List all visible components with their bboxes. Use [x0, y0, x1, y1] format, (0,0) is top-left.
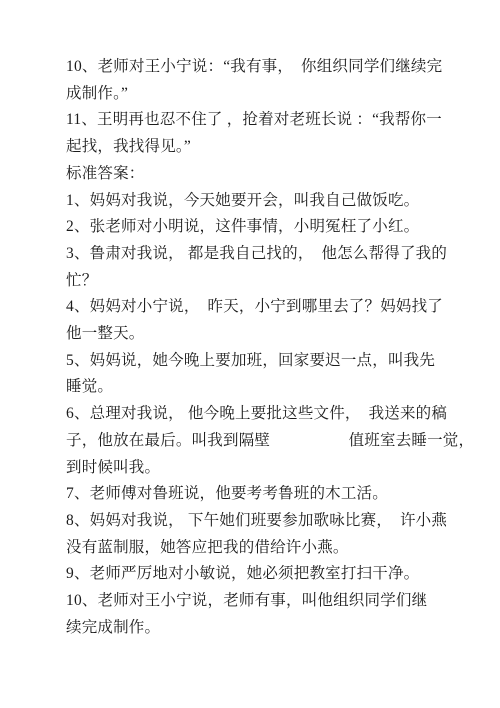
question-10: 10、老师对王小宁说：“我有事， 你组织同学们继续完 成制作。” — [66, 54, 472, 107]
answer-8-line-1: 8、妈妈对我说， 下午她们班要参加歌咏比赛， 许小燕 — [66, 508, 472, 535]
answer-2: 2、张老师对小明说，这件事情，小明冤枉了小红。 — [66, 214, 472, 241]
answer-3-line-1: 3、鲁肃对我说， 都是我自己找的， 他怎么帮得了我的 — [66, 241, 472, 268]
answer-6-line-2: 子，他放在最后。叫我到隔壁 值班室去睡一觉， — [66, 428, 472, 455]
answer-3-line-2: 忙？ — [66, 268, 472, 295]
answer-5-line-1: 5、妈妈说，她今晚上要加班，回家要迟一点，叫我先 — [66, 348, 472, 375]
answer-8-line-2: 没有蓝制服，她答应把我的借给许小燕。 — [66, 535, 472, 562]
answer-1: 1、妈妈对我说，今天她要开会，叫我自己做饭吃。 — [66, 188, 472, 215]
answer-7: 7、老师傅对鲁班说，他要考考鲁班的木工活。 — [66, 481, 472, 508]
question-10-line-1: 10、老师对王小宁说：“我有事， 你组织同学们继续完 — [66, 54, 472, 81]
answer-1-line-1: 1、妈妈对我说，今天她要开会，叫我自己做饭吃。 — [66, 188, 472, 215]
answer-9-line-1: 9、老师严厉地对小敏说，她必须把教室打扫干净。 — [66, 561, 472, 588]
answer-10: 10、老师对王小宁说，老师有事，叫他组织同学们继 续完成制作。 — [66, 588, 472, 641]
answer-6-line-3: 到时候叫我。 — [66, 455, 472, 482]
answer-5-line-2: 睡觉。 — [66, 374, 472, 401]
answer-6-line-1: 6、总理对我说， 他今晚上要批这些文件， 我送来的稿 — [66, 401, 472, 428]
answer-7-line-1: 7、老师傅对鲁班说，他要考考鲁班的木工活。 — [66, 481, 472, 508]
answer-5: 5、妈妈说，她今晚上要加班，回家要迟一点，叫我先 睡觉。 — [66, 348, 472, 401]
question-11: 11、王明再也忍不住了 ，抢着对老班长说 ：“我帮你一 起找，我找得见。” — [66, 107, 472, 160]
answer-4-line-2: 他一整天。 — [66, 321, 472, 348]
answer-10-line-2: 续完成制作。 — [66, 615, 472, 642]
answer-8: 8、妈妈对我说， 下午她们班要参加歌咏比赛， 许小燕 没有蓝制服，她答应把我的借… — [66, 508, 472, 561]
answer-9: 9、老师严厉地对小敏说，她必须把教室打扫干净。 — [66, 561, 472, 588]
document-page: 10、老师对王小宁说：“我有事， 你组织同学们继续完 成制作。” 11、王明再也… — [0, 0, 500, 708]
answer-4-line-1: 4、妈妈对小宁说， 昨天，小宁到哪里去了？妈妈找了 — [66, 294, 472, 321]
answer-2-line-1: 2、张老师对小明说，这件事情，小明冤枉了小红。 — [66, 214, 472, 241]
answer-10-line-1: 10、老师对王小宁说，老师有事，叫他组织同学们继 — [66, 588, 472, 615]
answers-heading: 标准答案： — [66, 161, 472, 188]
document-text-block: 10、老师对王小宁说：“我有事， 你组织同学们继续完 成制作。” 11、王明再也… — [66, 54, 472, 641]
question-10-line-2: 成制作。” — [66, 81, 472, 108]
answers-heading-text: 标准答案： — [66, 161, 472, 188]
answer-6: 6、总理对我说， 他今晚上要批这些文件， 我送来的稿 子，他放在最后。叫我到隔壁… — [66, 401, 472, 481]
answer-4: 4、妈妈对小宁说， 昨天，小宁到哪里去了？妈妈找了 他一整天。 — [66, 294, 472, 347]
question-11-line-1: 11、王明再也忍不住了 ，抢着对老班长说 ：“我帮你一 — [66, 107, 472, 134]
question-11-line-2: 起找，我找得见。” — [66, 134, 472, 161]
answer-3: 3、鲁肃对我说， 都是我自己找的， 他怎么帮得了我的 忙？ — [66, 241, 472, 294]
